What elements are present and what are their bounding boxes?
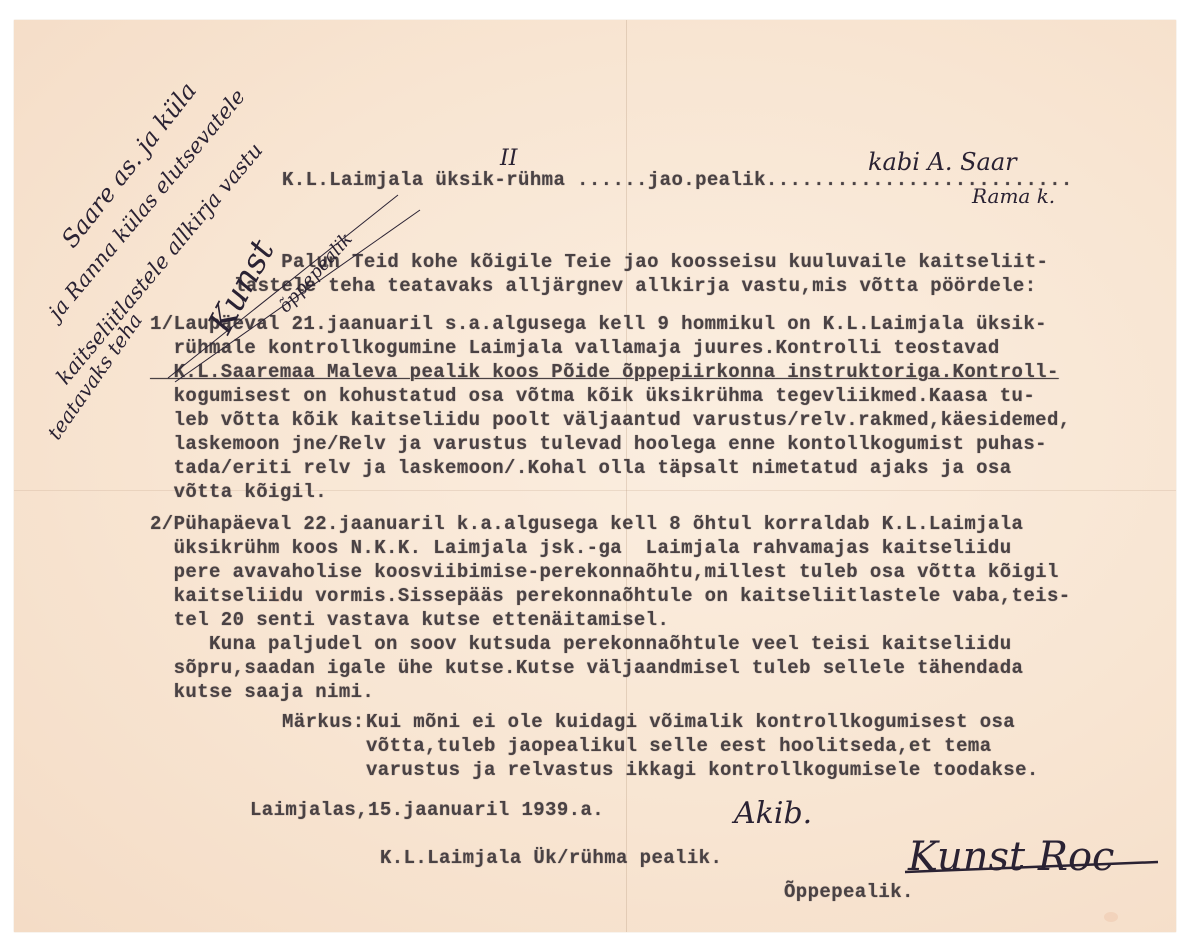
signature-underline	[0, 0, 1200, 944]
